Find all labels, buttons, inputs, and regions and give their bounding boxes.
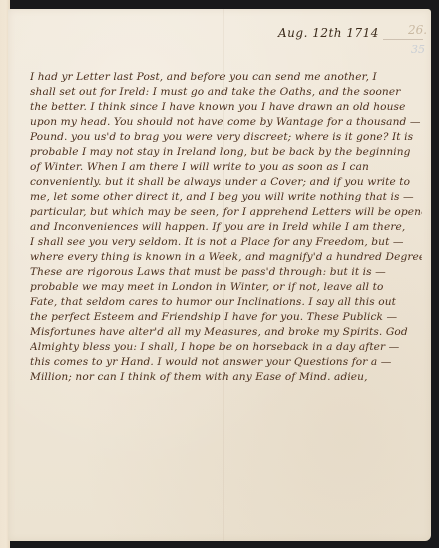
letter-line: I shall see you very seldom. It is not a… [30,235,422,250]
letter-line: Almighty bless you: I shall, I hope be o… [30,340,422,355]
letter-line: conveniently. but it shall be always und… [30,175,422,190]
letter-line: These are rigorous Laws that must be pas… [30,265,422,280]
letter-body: I had yr Letter last Post, and before yo… [30,70,422,385]
letter-line: Million; nor can I think of them with an… [30,370,422,385]
letter-line: of Winter. When I am there I will write … [30,160,422,175]
scan-background: Aug. 12th 1714 26. 35 I had yr Letter la… [0,0,439,548]
letter-line: probable we may meet in London in Winter… [30,280,422,295]
date-underline [383,39,423,40]
letter-line: where every thing is known in a Week, an… [30,250,422,265]
letter-line: upon my head. You should not have come b… [30,115,422,130]
letter-line: Fate, that seldom cares to humor our Inc… [30,295,422,310]
letter-line: Misfortunes have alter'd all my Measures… [30,325,422,340]
letter-date: Aug. 12th 1714 [278,26,379,40]
letter-line: this comes to yr Hand. I would not answe… [30,355,422,370]
letter-line: particular, but which may be seen, for I… [30,205,422,220]
letter-line: I had yr Letter last Post, and before yo… [30,70,422,85]
letter-line: probable I may not stay in Ireland long,… [30,145,422,160]
letter-line: Pound. you us'd to brag you were very di… [30,130,422,145]
letter-line: me, let some other direct it, and I beg … [30,190,422,205]
letter-line: and Inconveniences will happen. If you a… [30,220,422,235]
letter-page: Aug. 12th 1714 26. 35 I had yr Letter la… [8,9,431,541]
folio-number: 26. [408,23,427,37]
folio-number-secondary: 35 [411,43,425,56]
letter-line: shall set out for Ireld: I must go and t… [30,85,422,100]
letter-line: the perfect Esteem and Friendship I have… [30,310,422,325]
letter-line: the better. I think since I have known y… [30,100,422,115]
